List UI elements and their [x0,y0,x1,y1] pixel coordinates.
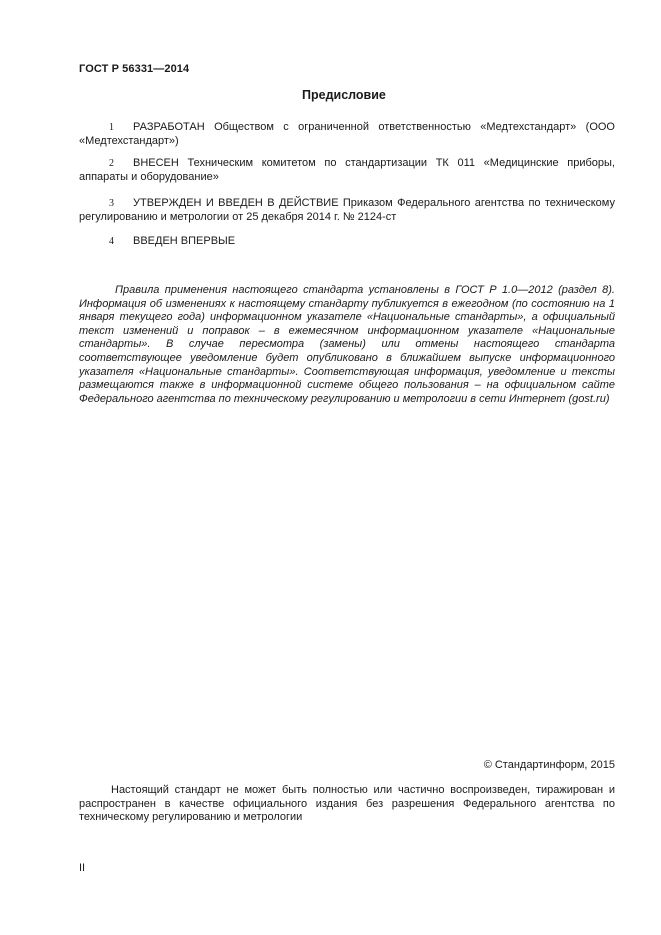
document-page: ГОСТ Р 56331—2014 Предисловие 1РАЗРАБОТА… [0,0,661,935]
reproduction-notice: Настоящий стандарт не может быть полност… [79,784,615,825]
item-number: 4 [79,235,133,249]
page-number: II [79,862,85,874]
item-number: 1 [79,121,133,135]
item-number: 2 [79,157,133,171]
document-code: ГОСТ Р 56331—2014 [79,63,189,75]
page-title: Предисловие [0,88,661,102]
foreword-item: 3УТВЕРЖДЕН И ВВЕДЕН В ДЕЙСТВИЕ Приказом … [79,197,615,224]
item-text: РАЗРАБОТАН Обществом с ограниченной отве… [79,121,615,147]
foreword-item: 4ВВЕДЕН ВПЕРВЫЕ [79,235,615,249]
application-rules-note: Правила применения настоящего стандарта … [79,284,615,406]
item-text: ВВЕДЕН ВПЕРВЫЕ [133,235,235,247]
foreword-item: 2ВНЕСЕН Техническим комитетом по стандар… [79,157,615,184]
copyright-notice: © Стандартинформ, 2015 [484,759,615,771]
item-number: 3 [79,197,133,211]
item-text: ВНЕСЕН Техническим комитетом по стандарт… [79,157,615,183]
item-text: УТВЕРЖДЕН И ВВЕДЕН В ДЕЙСТВИЕ Приказом Ф… [79,197,615,223]
foreword-item: 1РАЗРАБОТАН Обществом с ограниченной отв… [79,121,615,148]
